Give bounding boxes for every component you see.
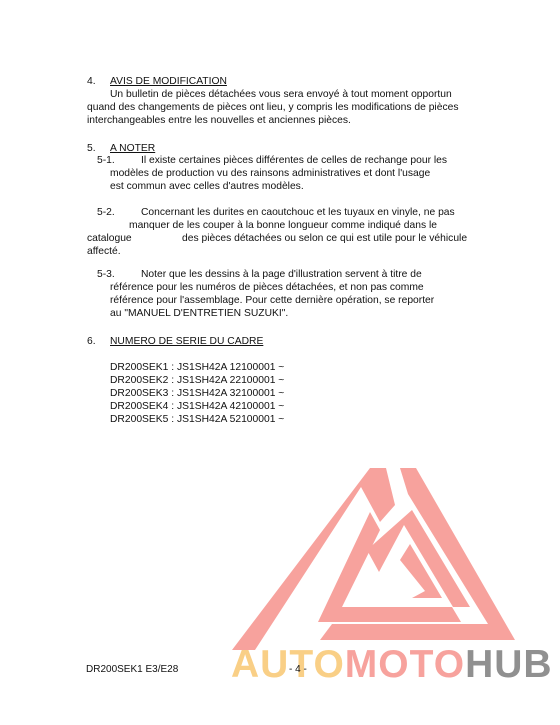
section-4-line: interchangeables entre les nouvelles et …: [87, 114, 351, 127]
serial-row: DR200SEK4 : JS1SH42A 42100001 ~: [110, 400, 284, 413]
item-5-2-line: catalogue: [87, 232, 132, 245]
item-5-3-line: Noter que les dessins à la page d'illust…: [141, 268, 422, 281]
section-6-title: NUMERO DE SERIE DU CADRE: [110, 335, 263, 348]
item-5-3-line: au "MANUEL D'ENTRETIEN SUZUKI".: [110, 307, 288, 320]
item-5-1-line: est commun avec celles d'autres modèles.: [110, 180, 304, 193]
item-5-1-line: modèles de production vu des rainsons ad…: [110, 167, 430, 180]
section-4-title: AVIS DE MODIFICATION: [110, 75, 227, 88]
section-5-number: 5.: [87, 142, 96, 155]
footer-page-number: - 4 -: [289, 663, 307, 676]
item-5-3-line: référence pour l'assemblage. Pour cette …: [110, 294, 434, 307]
watermark-part-hub: HUB: [465, 643, 553, 686]
item-5-2-line: affecté.: [87, 245, 121, 258]
serial-row: DR200SEK3 : JS1SH42A 32100001 ~: [110, 387, 284, 400]
serial-row: DR200SEK1 : JS1SH42A 12100001 ~: [110, 361, 284, 374]
watermark-part-moto: MOTO: [345, 643, 465, 686]
item-5-3-line: référence pour les numéros de pièces dét…: [110, 281, 424, 294]
section-4-number: 4.: [87, 75, 96, 88]
serial-row: DR200SEK2 : JS1SH42A 22100001 ~: [110, 374, 284, 387]
item-5-1-number: 5-1.: [97, 154, 115, 167]
serial-row: DR200SEK5 : JS1SH42A 52100001 ~: [110, 413, 284, 426]
item-5-2-line: manquer de les couper à la bonne longueu…: [129, 219, 437, 232]
watermark-text: AUTOMOTOHUB: [231, 645, 553, 685]
section-4-line: quand des changements de pièces ont lieu…: [87, 101, 458, 114]
section-6-number: 6.: [87, 335, 96, 348]
watermark-part-auto: AUTO: [231, 643, 345, 686]
item-5-2-line: Concernant les durites en caoutchouc et …: [141, 206, 455, 219]
item-5-3-number: 5-3.: [97, 268, 115, 281]
item-5-2-line: des pièces détachées ou selon ce qui est…: [182, 232, 467, 245]
section-4-line: Un bulletin de pièces détachées vous ser…: [110, 88, 452, 101]
item-5-2-number: 5-2.: [97, 206, 115, 219]
item-5-1-line: Il existe certaines pièces différentes d…: [141, 154, 447, 167]
footer-model: DR200SEK1 E3/E28: [86, 663, 178, 676]
